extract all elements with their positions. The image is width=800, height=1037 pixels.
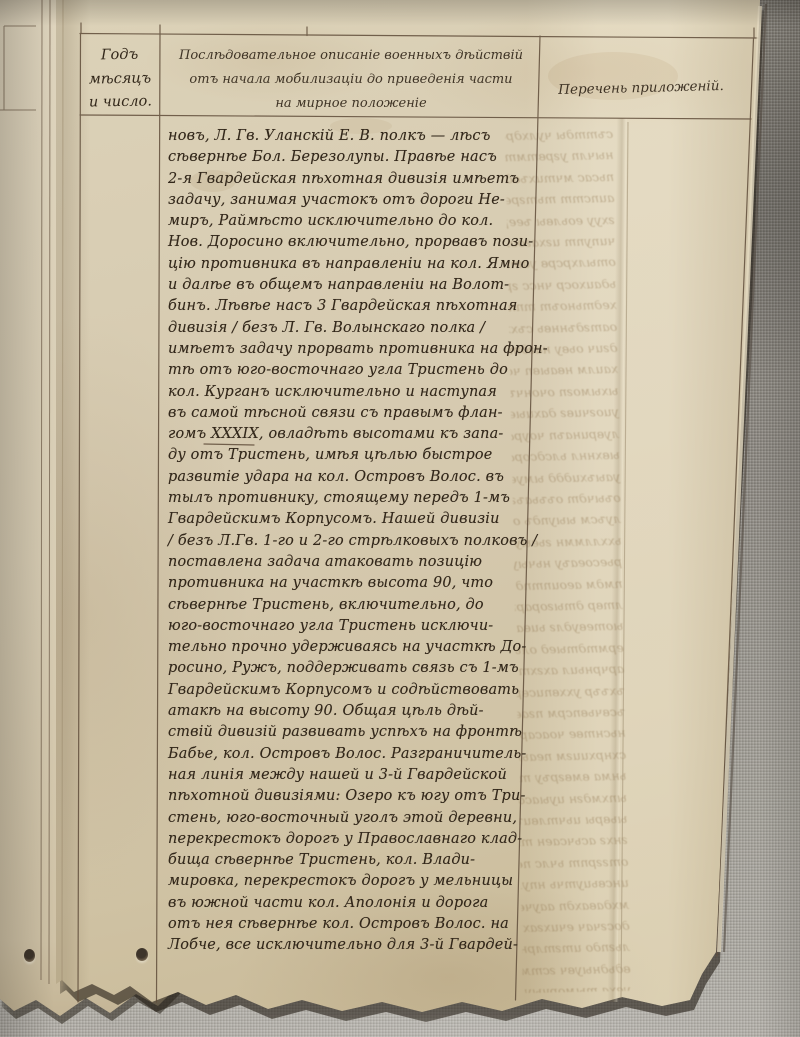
entry-line: / безъ Л.Гв. 1-го и 2-го стрѣлковыхъ пол… [168, 531, 532, 552]
entry-line: тылъ противнику, стоящему передъ 1-мъ [168, 488, 532, 509]
entry-line: юго-восточнаго угла Тристень исключи- [168, 616, 532, 637]
entry-line: Бабье, кол. Островъ Волос. Разграничител… [168, 744, 532, 765]
entry-line: перекрестокъ дорогъ у Православнаго клад… [168, 829, 532, 850]
entry-line: кол. Курганъ исключительно и наступая [168, 382, 532, 403]
entry-line: имѣетъ задачу прорвать противника на фро… [168, 339, 532, 360]
archival-photo: съттды чулхдрее ычгоумимь ннчддлмпъо ныч… [0, 0, 800, 1037]
entry-line: дивизія / безъ Л. Гв. Волынскаго полка / [168, 318, 532, 339]
entry-line: миръ, Раймѣсто исключительно до кол. [168, 211, 532, 232]
header-description-line: на мирное положеніе [170, 92, 532, 116]
header-description-line: Послѣдовательное описаніе военныхъ дѣйст… [170, 44, 532, 68]
header-date-line: мѣсяцъ [82, 67, 158, 92]
entry-line: въ самой тѣсной связи съ правымъ флан- [168, 403, 532, 424]
header-description-column: Послѣдовательное описаніе военныхъ дѣйст… [170, 44, 532, 116]
entry-line: отъ нея сѣвернѣе кол. Островъ Волос. на [168, 914, 532, 935]
entry-line: сѣвернѣе Тристень, включительно, до [168, 595, 532, 616]
entry-line: росино, Ружъ, поддерживать связь съ 1-мъ [168, 658, 532, 679]
entry-line: гомъ XXXIX, овладѣть высотами къ запа- [168, 424, 532, 445]
entry-line: новъ, Л. Гв. Уланскій Е. В. полкъ — лѣсъ [168, 126, 532, 147]
entry-line: цію противника въ направленіи на кол. Ям… [168, 254, 532, 275]
entry-text: новъ, Л. Гв. Уланскій Е. В. полкъ — лѣсъ… [168, 126, 534, 957]
entry-line: Лобче, все исключительно для 3-й Гвардей… [168, 935, 532, 956]
entry-line: ду отъ Тристень, имѣя цѣлью быстрое [168, 445, 532, 466]
entry-line: ная линія между нашей и 3-й Гвардейской [168, 765, 532, 786]
entry-line: ствій дивизій развивать успѣхъ на фронтѣ [168, 722, 532, 743]
header-date-column: Годъ мѣсяцъ и число. [81, 43, 158, 115]
entry-line: бинъ. Лѣвѣе насъ 3 Гвардейская пѣхотная [168, 296, 532, 317]
entry-line: бища сѣвернѣе Тристень, кол. Влади- [168, 850, 532, 871]
entry-line: тельно прочно удерживаясь на участкѣ До- [168, 637, 532, 658]
entry-line: 2-я Гвардейская пѣхотная дивизія имѣетъ [168, 169, 532, 190]
entry-line: пѣхотной дивизіями: Озеро къ югу отъ Три… [168, 786, 532, 807]
entry-line: Гвардейскимъ Корпусомъ. Нашей дивизіи [168, 509, 532, 530]
entry-line: поставлена задача атаковать позицію [168, 552, 532, 573]
punch-hole [136, 948, 148, 961]
header-description-line: отъ начала мобилизаціи до приведенія час… [170, 68, 532, 92]
entry-line: атакѣ на высоту 90. Общая цѣль дѣй- [168, 701, 532, 722]
entry-line: въ южной части кол. Аполонія и дорога [168, 893, 532, 914]
entry-line: Нов. Доросино включительно, прорвавъ поз… [168, 232, 532, 253]
entry-line: стень, юго-восточный уголъ этой деревни, [168, 808, 532, 829]
entry-line: Гвардейскимъ Корпусомъ и содѣйствовать [168, 680, 532, 701]
entry-line: задачу, занимая участокъ отъ дороги Не- [168, 190, 532, 211]
header-date-line: Годъ [81, 43, 157, 68]
entry-line: и далѣе въ общемъ направленіи на Волот- [168, 275, 532, 296]
entry-line: тѣ отъ юго-восточнаго угла Тристень до [168, 360, 532, 381]
header-date-line: и число. [82, 90, 158, 115]
entry-line: мировка, перекрестокъ дорогъ у мельницы [168, 871, 532, 892]
punch-hole [24, 949, 35, 962]
entry-line: сѣвернѣе Бол. Березолупы. Правѣе насъ [168, 147, 532, 168]
entry-line: противника на участкѣ высота 90, что [168, 573, 532, 594]
entry-line: развитіе удара на кол. Островъ Волос. въ [168, 467, 532, 488]
